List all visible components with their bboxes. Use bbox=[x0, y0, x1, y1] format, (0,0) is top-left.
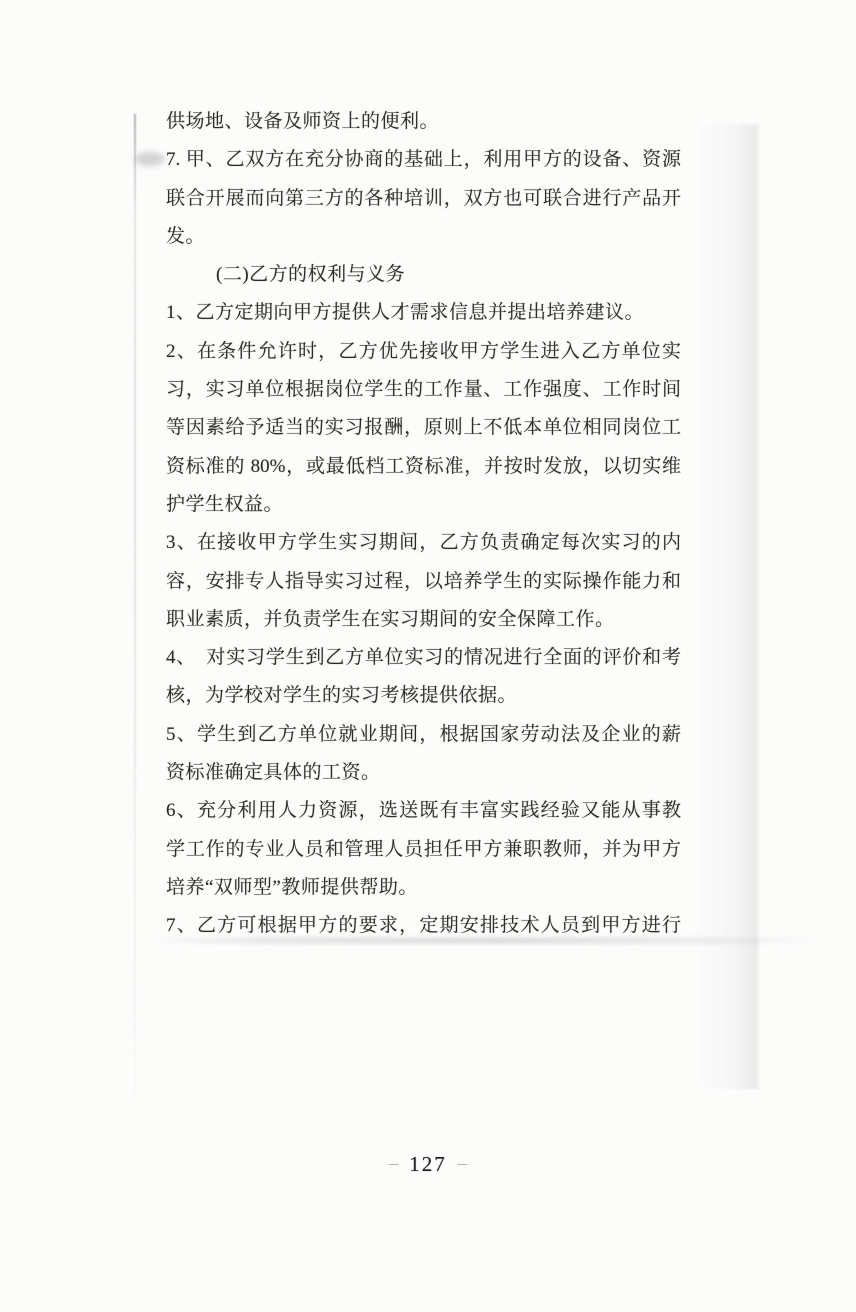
page-number-value: 127 bbox=[409, 1152, 447, 1176]
scanned-document-page: { "doc": { "lines": [ "供场地、设备及师资上的便利。", … bbox=[0, 0, 856, 1312]
text-line: 3、在接收甲方学生实习期间，乙方负责确定每次实习的内 bbox=[166, 524, 681, 562]
text-line: 培养“双师型”教师提供帮助。 bbox=[166, 869, 681, 907]
text-line: 6、充分利用人力资源，选送既有丰富实践经验又能从事教 bbox=[166, 792, 681, 830]
text-line: 5、学生到乙方单位就业期间，根据国家劳动法及企业的薪 bbox=[166, 716, 681, 754]
document-text-block: 供场地、设备及师资上的便利。 7. 甲、乙双方在充分协商的基础上，利用甲方的设备… bbox=[166, 103, 681, 946]
text-line: 1、乙方定期向甲方提供人才需求信息并提出培养建议。 bbox=[166, 294, 681, 332]
text-line: 7. 甲、乙双方在充分协商的基础上，利用甲方的设备、资源 bbox=[166, 141, 681, 179]
text-line: 供场地、设备及师资上的便利。 bbox=[166, 103, 681, 141]
section-heading: (二)乙方的权利与义务 bbox=[166, 256, 681, 294]
page-edge-shadow-left bbox=[134, 114, 136, 1092]
text-line: 职业素质，并负责学生在实习期间的安全保障工作。 bbox=[166, 601, 681, 639]
text-line: 资标准的 80%，或最低档工资标准，并按时发放，以切实维 bbox=[166, 448, 681, 486]
page-number-dash: – bbox=[389, 1153, 399, 1174]
text-line: 学工作的专业人员和管理人员担任甲方兼职教师，并为甲方 bbox=[166, 831, 681, 869]
page-number: –127– bbox=[0, 1152, 856, 1177]
scan-smudge-left bbox=[135, 152, 165, 166]
text-line: 发。 bbox=[166, 218, 681, 256]
text-line: 7、乙方可根据甲方的要求，定期安排技术人员到甲方进行 bbox=[166, 907, 681, 945]
text-line: 护学生权益。 bbox=[166, 486, 681, 524]
text-line: 等因素给予适当的实习报酬，原则上不低本单位相同岗位工 bbox=[166, 409, 681, 447]
text-line: 习，实习单位根据岗位学生的工作量、工作强度、工作时间 bbox=[166, 371, 681, 409]
text-line: 联合开展而向第三方的各种培训，双方也可联合进行产品开 bbox=[166, 180, 681, 218]
text-line: 核，为学校对学生的实习考核提供依据。 bbox=[166, 677, 681, 715]
page-number-dash: – bbox=[458, 1153, 468, 1174]
text-line: 资标准确定具体的工资。 bbox=[166, 754, 681, 792]
text-line: 容，安排专人指导实习过程，以培养学生的实际操作能力和 bbox=[166, 563, 681, 601]
text-line: 4、 对实习学生到乙方单位实习的情况进行全面的评价和考 bbox=[166, 639, 681, 677]
text-line: 2、在条件允许时，乙方优先接收甲方学生进入乙方单位实 bbox=[166, 333, 681, 371]
page-edge-shadow-right bbox=[698, 124, 760, 1089]
